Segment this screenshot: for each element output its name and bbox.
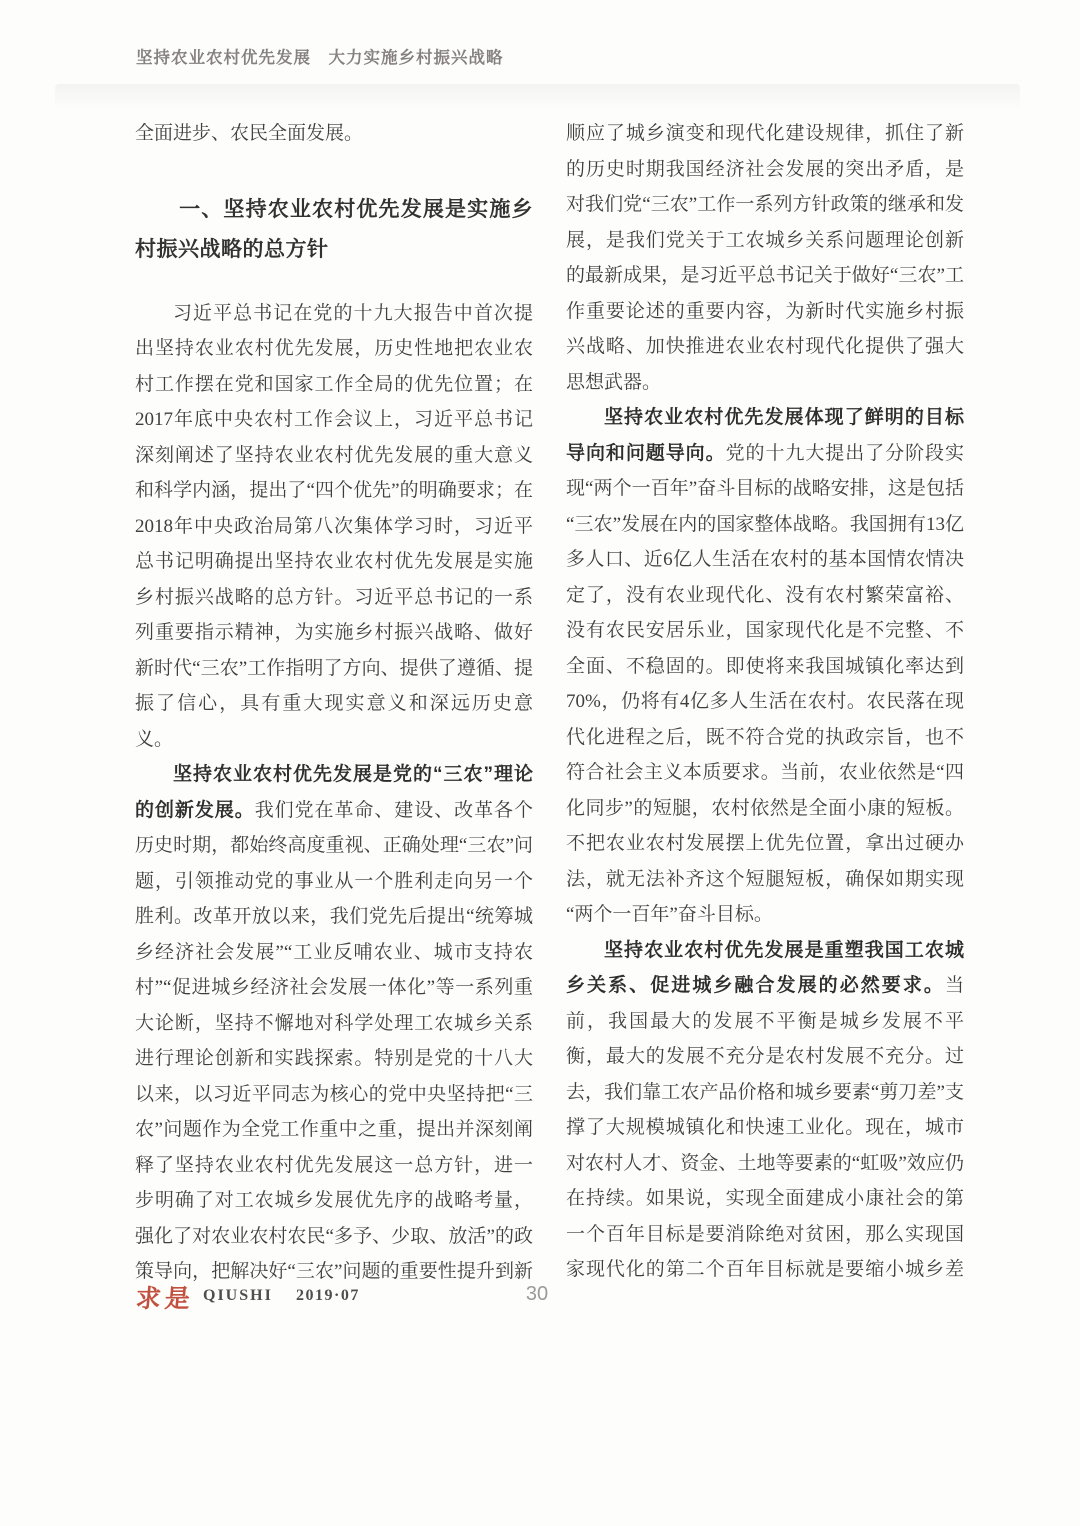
page-number: 30	[515, 1283, 559, 1306]
scan-artifact-band	[55, 84, 1020, 110]
running-header: 坚持农业农村优先发展 大力实施乡村振兴战略	[136, 44, 504, 68]
paragraph-text: 当前，我国最大的发展不平衡是城乡发展不平衡，最大的发展不充分是农村发展不充分。过…	[566, 975, 964, 1284]
paragraph: 习近平总书记在党的十九大报告中首次提出坚持农业农村优先发展，历史性地把农业农村工…	[135, 296, 533, 758]
qiushi-logo-latin: QIUSHI	[203, 1287, 273, 1305]
paragraph: 坚持农业农村优先发展体现了鲜明的目标导向和问题导向。党的十九大提出了分阶段实现“…	[566, 400, 964, 933]
paragraph-continuation: 顺应了城乡演变和现代化建设规律，抓住了新的历史时期我国经济社会发展的突出矛盾，是…	[566, 116, 964, 400]
paragraph-text: 党的十九大提出了分阶段实现“两个一百年”奋斗目标的战略安排，这是包括“三农”发展…	[566, 443, 964, 926]
paragraph: 坚持农业农村优先发展是党的“三农”理论的创新发展。我们党在革命、建设、改革各个历…	[135, 757, 533, 1284]
document-page: 坚持农业农村优先发展 大力实施乡村振兴战略 全面进步、农民全面发展。 一、坚持农…	[0, 0, 1080, 1526]
right-column: 顺应了城乡演变和现代化建设规律，抓住了新的历史时期我国经济社会发展的突出矛盾，是…	[566, 116, 964, 1284]
qiushi-logo: 求是	[134, 1279, 195, 1315]
paragraph-text: 习近平总书记在党的十九大报告中首次提出坚持农业农村优先发展，历史性地把农业农村工…	[135, 303, 533, 750]
paragraph-lead: 坚持农业农村优先发展是重塑我国工农城乡关系、促进城乡融合发展的必然要求。	[566, 940, 964, 997]
left-column: 全面进步、农民全面发展。 一、坚持农业农村优先发展是实施乡村振兴战略的总方针 习…	[135, 116, 533, 1284]
paragraph-text: 我们党在革命、建设、改革各个历史时期，都始终高度重视、正确处理“三农”问题，引领…	[135, 800, 533, 1285]
section-heading: 一、坚持农业农村优先发展是实施乡村振兴战略的总方针	[135, 190, 533, 270]
issue-number: 2019·07	[296, 1287, 360, 1305]
page-footer: 求是 QIUSHI 2019·07 30	[0, 1278, 1080, 1324]
paragraph: 坚持农业农村优先发展是重塑我国工农城乡关系、促进城乡融合发展的必然要求。当前，我…	[566, 933, 964, 1285]
paragraph-continuation: 全面进步、农民全面发展。	[135, 116, 533, 152]
